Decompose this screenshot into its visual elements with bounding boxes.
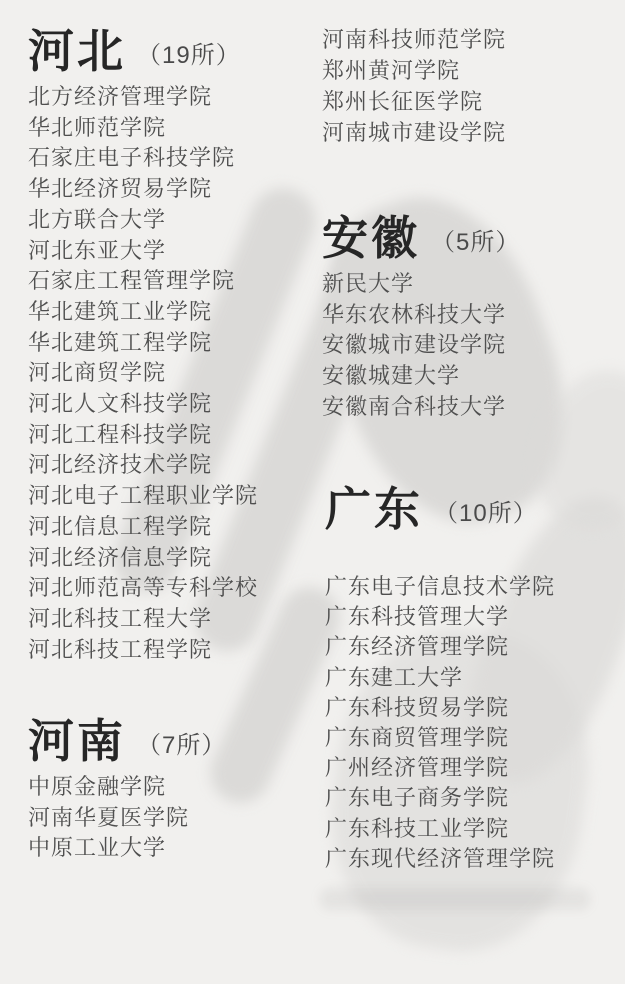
- school-item: 河北科技工程学院: [28, 635, 258, 666]
- school-item: 河南科技师范学院: [322, 24, 506, 55]
- school-item: 华北经济贸易学院: [28, 174, 258, 205]
- school-item: 广东科技工业学院: [325, 814, 555, 844]
- section-header: 河南 （7所）: [28, 706, 226, 764]
- section-header: 河北 （19所）: [28, 16, 258, 74]
- school-item: 河北人文科技学院: [28, 389, 258, 420]
- school-item: 新民大学: [322, 269, 520, 300]
- ghost-text-artifact: [320, 888, 590, 910]
- school-item: 华北师范学院: [28, 113, 258, 144]
- school-list: 北方经济管理学院华北师范学院石家庄电子科技学院华北经济贸易学院北方联合大学河北东…: [28, 82, 258, 665]
- school-item: 广东建工大学: [325, 663, 555, 693]
- section-anhui: 安徽 （5所） 新民大学华东农林科技大学安徽城市建设学院安徽城建大学安徽南合科技…: [322, 203, 520, 423]
- school-item: 石家庄工程管理学院: [28, 266, 258, 297]
- section-count: （10所）: [434, 493, 538, 532]
- section-header: 安徽 （5所）: [322, 203, 520, 261]
- section-henan: 河南 （7所） 中原金融学院河南华夏医学院中原工业大学: [28, 706, 226, 864]
- section-henan-continued: 河南科技师范学院郑州黄河学院郑州长征医学院河南城市建设学院: [322, 24, 506, 148]
- school-item: 河北商贸学院: [28, 358, 258, 389]
- section-title: 安徽: [322, 215, 420, 261]
- school-item: 中原金融学院: [28, 772, 226, 803]
- school-item: 北方联合大学: [28, 205, 258, 236]
- school-item: 北方经济管理学院: [28, 82, 258, 113]
- school-item: 广东现代经济管理学院: [325, 844, 555, 874]
- school-item: 广东科技贸易学院: [325, 693, 555, 723]
- section-count: （5所）: [431, 222, 520, 261]
- school-item: 郑州黄河学院: [322, 55, 506, 86]
- section-title: 河南: [28, 718, 126, 764]
- school-item: 广东电子信息技术学院: [325, 572, 555, 602]
- section-title: 河北: [28, 28, 126, 74]
- section-header: 广东 （10所）: [325, 474, 555, 532]
- school-item: 河北科技工程大学: [28, 604, 258, 635]
- section-count: （19所）: [137, 35, 241, 74]
- section-title: 广东: [325, 486, 423, 532]
- school-item: 华北建筑工程学院: [28, 328, 258, 359]
- school-item: 安徽城市建设学院: [322, 330, 520, 361]
- infographic-canvas: 河北 （19所） 北方经济管理学院华北师范学院石家庄电子科技学院华北经济贸易学院…: [0, 0, 625, 984]
- school-item: 安徽南合科技大学: [322, 392, 520, 423]
- school-item: 中原工业大学: [28, 833, 226, 864]
- school-item: 广东商贸管理学院: [325, 723, 555, 753]
- section-hebei: 河北 （19所） 北方经济管理学院华北师范学院石家庄电子科技学院华北经济贸易学院…: [28, 16, 258, 665]
- school-item: 河北信息工程学院: [28, 512, 258, 543]
- school-item: 广州经济管理学院: [325, 753, 555, 783]
- school-item: 河南城市建设学院: [322, 117, 506, 148]
- school-item: 华北建筑工业学院: [28, 297, 258, 328]
- section-count: （7所）: [137, 725, 226, 764]
- section-guangdong: 广东 （10所） 广东电子信息技术学院广东科技管理大学广东经济管理学院广东建工大…: [325, 474, 555, 874]
- school-item: 华东农林科技大学: [322, 300, 520, 331]
- school-item: 河北经济技术学院: [28, 450, 258, 481]
- school-item: 广东科技管理大学: [325, 602, 555, 632]
- school-item: 安徽城建大学: [322, 361, 520, 392]
- school-item: 河北师范高等专科学校: [28, 573, 258, 604]
- school-item: 石家庄电子科技学院: [28, 143, 258, 174]
- school-item: 河北东亚大学: [28, 236, 258, 267]
- school-item: 河北工程科技学院: [28, 420, 258, 451]
- school-item: 郑州长征医学院: [322, 86, 506, 117]
- school-list: 新民大学华东农林科技大学安徽城市建设学院安徽城建大学安徽南合科技大学: [322, 269, 520, 423]
- school-list: 广东电子信息技术学院广东科技管理大学广东经济管理学院广东建工大学广东科技贸易学院…: [325, 572, 555, 874]
- school-list: 中原金融学院河南华夏医学院中原工业大学: [28, 772, 226, 864]
- school-item: 广东经济管理学院: [325, 632, 555, 662]
- school-item: 河北经济信息学院: [28, 543, 258, 574]
- school-item: 河北电子工程职业学院: [28, 481, 258, 512]
- school-item: 广东电子商务学院: [325, 783, 555, 813]
- school-item: 河南华夏医学院: [28, 803, 226, 834]
- school-list: 河南科技师范学院郑州黄河学院郑州长征医学院河南城市建设学院: [322, 24, 506, 148]
